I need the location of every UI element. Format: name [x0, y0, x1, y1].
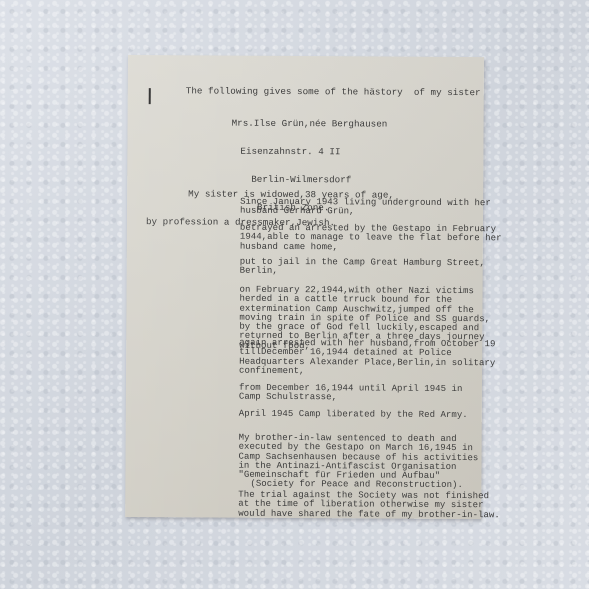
history-paragraph: (Society for Peace and Reconstruction). [250, 480, 463, 491]
paragraph-line: Berlin, [240, 267, 485, 278]
typewritten-letter-page: The following gives some of the hästory … [125, 55, 484, 519]
paragraph-line: April 1945 Camp liberated by the Red Arm… [239, 410, 468, 421]
address-name: Mrs.Ilse Grün,née Berghausen [232, 118, 388, 128]
paragraph-line: would have shared the fate of my brother… [238, 509, 500, 520]
history-paragraph: Since January 1943 living underground wi… [240, 198, 491, 218]
address-street: Eisenzahnstr. 4 II [240, 147, 387, 157]
history-paragraph: April 1945 Camp liberated by the Red Arm… [239, 410, 468, 421]
history-paragraph: from December 16,1944 until April 1945 i… [239, 384, 463, 404]
paragraph-line: (Society for Peace and Reconstruction). [250, 480, 463, 491]
letter-heading: The following gives some of the hästory … [186, 86, 481, 97]
history-paragraph: betrayed an arrested by the Gestapo in F… [240, 224, 502, 253]
paragraph-line: Camp Schulstrasse, [239, 393, 463, 404]
history-paragraph: put to jail in the Camp Great Hamburg St… [240, 258, 485, 278]
paragraph-line: husband came home, [240, 242, 502, 253]
history-paragraph: again arrested with her husband,from Oct… [239, 339, 495, 378]
margin-ink-mark [149, 88, 151, 104]
history-paragraph: The trial against the Society was not fi… [238, 491, 500, 520]
history-paragraph: My brother-in-law sentenced to death and… [238, 434, 478, 482]
paragraph-line: confinement, [239, 367, 495, 378]
paragraph-line: husband Gerhard Grün, [240, 207, 491, 218]
